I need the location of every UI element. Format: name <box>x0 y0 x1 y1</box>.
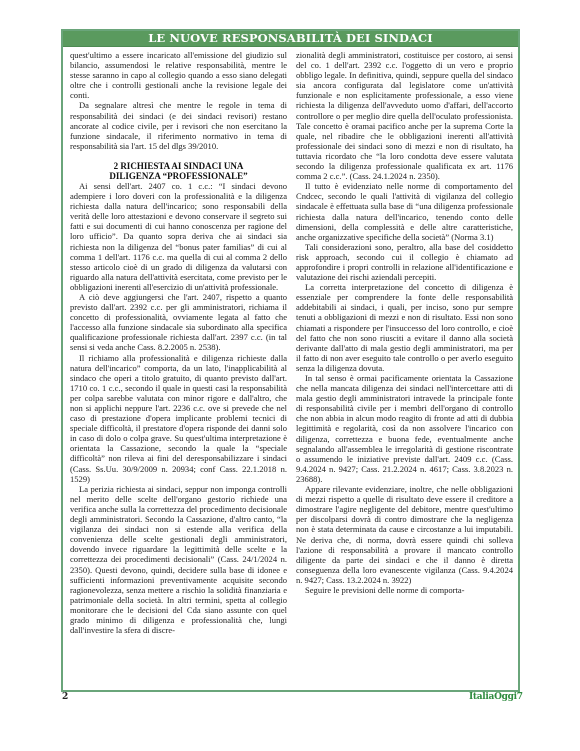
paragraph: A ciò deve aggiungersi che l'art. 2407, … <box>70 292 287 353</box>
section-header: LE NUOVE RESPONSABILITÀ DEI SINDACI <box>63 31 518 47</box>
paragraph: zionalità degli amministratori, costitui… <box>296 50 513 181</box>
paragraph: Seguire le previsioni delle norme di com… <box>296 585 513 595</box>
paragraph: Il tutto è evidenziato nelle norme di co… <box>296 181 513 242</box>
article-body: quest'ultimo a essere incaricato all'emi… <box>63 47 518 690</box>
paragraph: Da segnalare altresì che mentre le regol… <box>70 100 287 150</box>
section-heading-line: 2 RICHIESTA AI SINDACI UNA <box>114 161 244 171</box>
publication-logo: ItaliaOggi7 <box>469 692 523 702</box>
paragraph: Tali considerazioni sono, peraltro, alla… <box>296 242 513 282</box>
paragraph: La corretta interpretazione del concetto… <box>296 282 513 373</box>
page-number: 2 <box>62 692 68 702</box>
paragraph: In tal senso è ormai pacificamente orien… <box>296 373 513 484</box>
section-heading-line: DILIGENZA “PROFESSIONALE” <box>109 171 247 181</box>
paragraph: quest'ultimo a essere incaricato all'emi… <box>70 50 287 100</box>
section-heading: 2 RICHIESTA AI SINDACI UNA DILIGENZA “PR… <box>70 161 287 181</box>
paragraph: Appare rilevante evidenziare, inoltre, c… <box>296 484 513 585</box>
paragraph: Ai sensi dell'art. 2407 co. 1 c.c.: “I s… <box>70 181 287 292</box>
article-frame: LE NUOVE RESPONSABILITÀ DEI SINDACI ques… <box>61 29 520 692</box>
paragraph: Il richiamo alla professionalità e dilig… <box>70 353 287 484</box>
left-column: quest'ultimo a essere incaricato all'emi… <box>70 50 287 690</box>
right-column: zionalità degli amministratori, costitui… <box>296 50 513 690</box>
paragraph: La perizia richiesta ai sindaci, seppur … <box>70 484 287 635</box>
